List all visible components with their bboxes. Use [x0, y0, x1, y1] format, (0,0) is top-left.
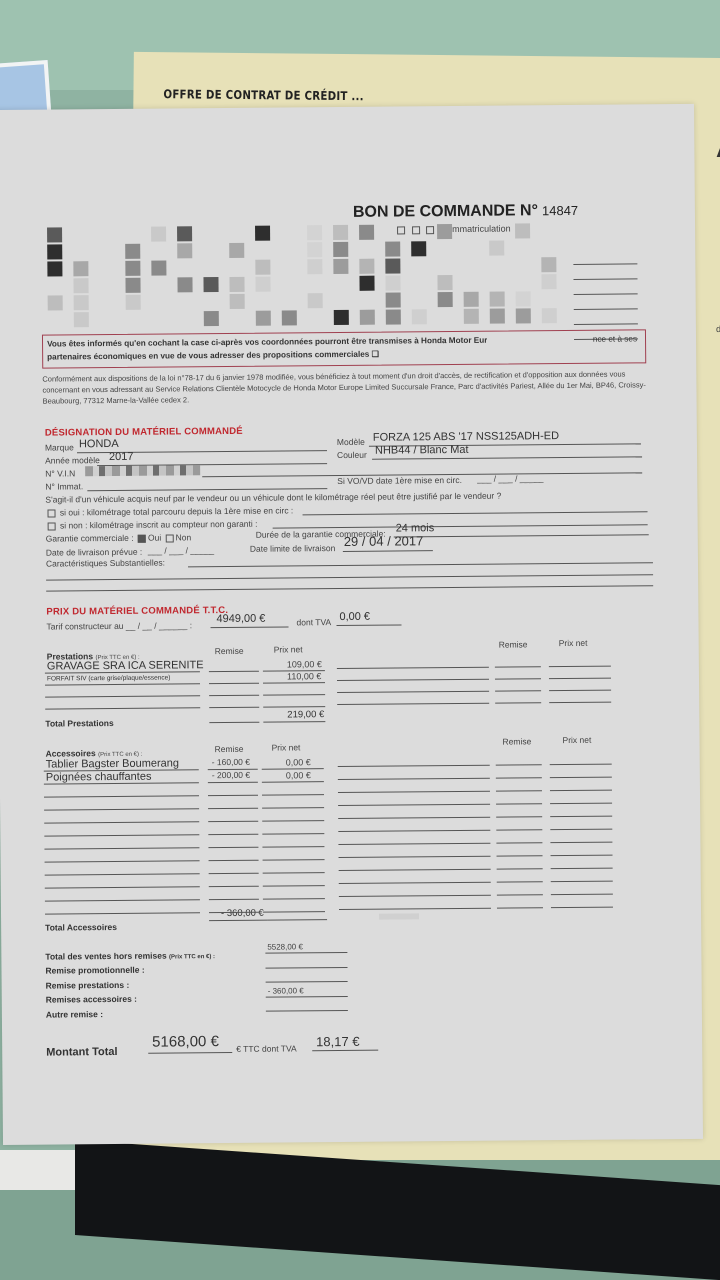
- prestations-right-name-line[interactable]: [337, 667, 489, 669]
- accessoires-right-remise-line[interactable]: [497, 881, 543, 882]
- total-prest-remise-line: [209, 722, 259, 723]
- total-prest-line: [263, 721, 325, 723]
- col-remise: Remise: [215, 646, 244, 656]
- accessoires-remise-line[interactable]: [209, 899, 259, 900]
- accessoires-right-prixnet-line[interactable]: [550, 777, 612, 779]
- accessoires-right-prixnet-line[interactable]: [550, 790, 612, 792]
- ttc-label: € TTC dont TVA: [236, 1043, 297, 1054]
- vo-date[interactable]: ___ / ___ / _____: [477, 473, 543, 484]
- col-remise-acc-right: Remise: [502, 736, 531, 746]
- accessoires-right-prixnet-line[interactable]: [550, 803, 612, 805]
- si-non[interactable]: si non : kilométrage inscrit au compteur…: [46, 519, 258, 531]
- accessoires-right-remise-line[interactable]: [496, 829, 542, 830]
- total-prestations-value[interactable]: 219,00 €: [287, 709, 324, 720]
- accessoires-right-remise-line[interactable]: [496, 764, 542, 765]
- item-prix-net[interactable]: 109,00 €: [287, 659, 322, 669]
- livraison-prevue-label: Date de livraison prévue :: [46, 547, 142, 558]
- order-number: 14847: [542, 203, 578, 218]
- annee-label: Année modèle: [45, 455, 100, 465]
- prestations-right-remise-line[interactable]: [495, 666, 541, 667]
- side-fragment: deur s: [716, 323, 720, 336]
- accessoires-right-name-line[interactable]: [338, 791, 490, 793]
- item-prix-net[interactable]: 110,00 €: [287, 671, 321, 681]
- checkbox-icon[interactable]: [47, 509, 55, 517]
- paper-corner: [0, 1150, 75, 1190]
- accessoires-right-name-line[interactable]: [339, 869, 491, 871]
- tarif-line: [211, 626, 289, 628]
- accessoires-prixnet-line[interactable]: [263, 859, 325, 861]
- tva-total-value[interactable]: 18,17 €: [316, 1034, 360, 1049]
- vo-label: Si VO/VD date 1ère mise en circ.: [337, 475, 462, 486]
- montant-total-label: Montant Total: [46, 1046, 117, 1059]
- accessoires-prixnet-line[interactable]: [263, 911, 325, 913]
- logo-letter: A: [716, 133, 720, 164]
- marque-label: Marque: [45, 442, 74, 452]
- total-prestations-label: Total Prestations: [45, 718, 113, 729]
- prestations-right-remise-line[interactable]: [495, 678, 541, 679]
- item-prix-net[interactable]: 0,00 €: [286, 770, 311, 780]
- accessoires-name-line[interactable]: [44, 795, 199, 797]
- accessoires-right-name-line[interactable]: [338, 817, 490, 819]
- col-prix-net: Prix net: [274, 644, 303, 654]
- consent-box: Vous êtes informés qu'en cochant la case…: [42, 329, 646, 368]
- order-title-label: BON DE COMMANDE N°: [353, 202, 538, 221]
- prestations-right-name-line[interactable]: [337, 679, 489, 681]
- caracteristiques-label: Caractéristiques Substantielles:: [46, 558, 165, 569]
- duree-line: [394, 534, 649, 537]
- accessoires-right-remise-line[interactable]: [497, 894, 543, 895]
- date-limite-label: Date limite de livraison: [250, 543, 336, 554]
- checkbox-icon[interactable]: [48, 522, 56, 530]
- accessoires-right-remise-line[interactable]: [496, 777, 542, 778]
- vehicle-question: S'agit-il d'un véhicule acquis neuf par …: [45, 491, 501, 505]
- accessoires-remise-line[interactable]: [208, 821, 258, 822]
- couleur-label: Couleur: [337, 450, 367, 460]
- total-hors-remises-line: [265, 952, 347, 954]
- prestations-right-prixnet-line[interactable]: [549, 678, 611, 680]
- accessoires-remise-line[interactable]: [208, 795, 258, 796]
- autre-remise-label: Autre remise :: [46, 1009, 103, 1019]
- designation-heading: DÉSIGNATION DU MATÉRIEL COMMANDÉ: [45, 426, 243, 439]
- accessoires-right-prixnet-line[interactable]: [550, 764, 612, 766]
- prestations-prixnet-line[interactable]: [263, 682, 325, 684]
- accessoires-right-remise-line[interactable]: [496, 816, 542, 817]
- remise-promo-label: Remise promotionnelle :: [45, 965, 144, 976]
- accessoires-right-name-line[interactable]: [338, 843, 490, 845]
- total-acc-line: [209, 920, 267, 922]
- prestations-name-line[interactable]: [45, 683, 200, 685]
- total-hors-remises-label: Total des ventes hors remises (Prix TTC …: [45, 950, 215, 961]
- livraison-prevue-value[interactable]: ___ / ___ / _____: [148, 545, 214, 556]
- accessoires-right-prixnet-line[interactable]: [551, 868, 613, 870]
- accessoires-remise-line[interactable]: [208, 834, 258, 835]
- prestations-prixnet-line[interactable]: [263, 706, 325, 708]
- accessoires-name-line[interactable]: [45, 873, 200, 875]
- date-limite-value[interactable]: 29 / 04 / 2017: [344, 533, 424, 549]
- accessoires-name-line[interactable]: [45, 899, 200, 901]
- prestations-remise-line[interactable]: [209, 671, 259, 672]
- prestations-right-remise-line[interactable]: [495, 690, 541, 691]
- accessoires-right-remise-line[interactable]: [496, 790, 542, 791]
- accessoires-prixnet-line[interactable]: [263, 898, 325, 900]
- caracteristiques-line-2[interactable]: [46, 574, 653, 580]
- tva-label: dont TVA: [296, 617, 331, 627]
- order-form-page: BON DE COMMANDE N°14847 … immatriculatio…: [0, 104, 703, 1145]
- col-remise-right: Remise: [499, 639, 528, 649]
- accessoires-right-prixnet-line[interactable]: [550, 842, 612, 844]
- marque-value[interactable]: HONDA: [79, 438, 119, 450]
- prestations-right-name-line[interactable]: [337, 691, 489, 693]
- prestations-remise-line[interactable]: [209, 695, 259, 696]
- tva-line: [337, 624, 402, 626]
- item-remise[interactable]: - 200,00 €: [212, 770, 250, 780]
- item-name[interactable]: FORFAIT SIV (carte grise/plaque/essence): [47, 674, 170, 682]
- accessoires-name-line[interactable]: [44, 808, 199, 810]
- remises-accessoires-line: [266, 996, 348, 998]
- accessoires-right-prixnet-line[interactable]: [551, 881, 613, 883]
- immat-label: N° Immat.: [45, 481, 83, 491]
- total-acc-line-2: [267, 919, 327, 921]
- accessoires-right-name-line[interactable]: [338, 804, 490, 806]
- accessoires-prixnet-line[interactable]: [262, 794, 324, 796]
- prestations-right-name-line[interactable]: [337, 703, 489, 705]
- legal-notice: Conformément aux dispositions de la loi …: [42, 368, 662, 406]
- order-title: BON DE COMMANDE N°14847: [353, 202, 578, 222]
- item-name[interactable]: Tablier Bagster Boumerang: [46, 757, 179, 770]
- accessoires-right-remise-line[interactable]: [497, 868, 543, 869]
- accessoires-right-prixnet-line[interactable]: [551, 894, 613, 896]
- prix-heading: PRIX DU MATÉRIEL COMMANDÉ T.T.C.: [46, 605, 228, 618]
- remises-accessoires-value[interactable]: - 360,00 €: [268, 986, 304, 995]
- accessoires-prixnet-line[interactable]: [262, 833, 324, 835]
- remise-prestations-line[interactable]: [266, 981, 348, 983]
- prestations-name-line[interactable]: [45, 695, 200, 697]
- accessoires-right-remise-line[interactable]: [496, 842, 542, 843]
- montant-total-value[interactable]: 5168,00 €: [152, 1033, 219, 1051]
- accessoires-remise-line[interactable]: [208, 808, 258, 809]
- item-name[interactable]: GRAVAGE SRA ICA SERENITE: [47, 659, 204, 672]
- accessoires-remise-line[interactable]: [209, 860, 259, 861]
- accessoires-prixnet-line[interactable]: [262, 846, 324, 848]
- accessoires-right-prixnet-line[interactable]: [550, 816, 612, 818]
- modele-value[interactable]: FORZA 125 ABS '17 NSS125ADH-ED: [373, 430, 559, 444]
- col-remise-acc: Remise: [215, 744, 244, 754]
- item-name[interactable]: Poignées chauffantes: [46, 771, 152, 784]
- tva-total-line: [312, 1050, 378, 1052]
- prestations-right-prixnet-line[interactable]: [549, 666, 611, 668]
- item-remise[interactable]: - 160,00 €: [212, 757, 250, 767]
- checkbox-icon[interactable]: [166, 534, 174, 542]
- accessoires-name-line[interactable]: [45, 912, 200, 914]
- total-accessoires-label: Total Accessoires: [45, 922, 117, 933]
- accessoires-prixnet-line[interactable]: [262, 820, 324, 822]
- consent-line-1-right: nce et à ses: [593, 332, 637, 345]
- item-prix-net[interactable]: 0,00 €: [286, 757, 311, 767]
- accessoires-remise-line[interactable]: [209, 886, 259, 887]
- accessoires-right-prixnet-line[interactable]: [550, 829, 612, 831]
- prestations-right-prixnet-line[interactable]: [549, 702, 611, 704]
- couleur-line: [372, 456, 642, 459]
- accessoires-prixnet-line[interactable]: [262, 781, 324, 783]
- prestations-right-remise-line[interactable]: [495, 702, 541, 703]
- annee-value[interactable]: 2017: [109, 451, 134, 463]
- prestations-remise-line[interactable]: [209, 707, 259, 708]
- total-hors-remises-value[interactable]: 5528,00 €: [267, 942, 303, 951]
- si-oui-line: [303, 511, 648, 515]
- accessoires-right-prixnet-line[interactable]: [551, 907, 613, 909]
- prestations-remise-line[interactable]: [209, 683, 259, 684]
- accessoires-prixnet-line[interactable]: [263, 885, 325, 887]
- date-limite-line: [343, 550, 433, 552]
- prestations-name-line[interactable]: [45, 707, 200, 709]
- tarif-label: Tarif constructeur au __ / __ / ______ :: [46, 620, 192, 631]
- accessoires-remise-line[interactable]: [209, 873, 259, 874]
- paper-mark: [379, 913, 419, 919]
- accessoires-right-name-line[interactable]: [338, 778, 490, 780]
- vin-label: N° V.I.N: [45, 468, 75, 478]
- accessoires-name-line[interactable]: [44, 834, 199, 836]
- accessoires-right-name-line[interactable]: [339, 895, 491, 897]
- remise-prestations-label: Remise prestations :: [46, 980, 130, 991]
- accessoires-right-name-line[interactable]: [338, 765, 490, 767]
- accessoires-right-name-line[interactable]: [339, 908, 491, 910]
- accessoires-prixnet-line[interactable]: [263, 872, 325, 874]
- caracteristiques-line-3[interactable]: [46, 585, 653, 591]
- credit-offer-title: OFFRE DE CONTRAT DE CRÉDIT ...: [163, 87, 364, 103]
- customer-field-lines: [573, 249, 638, 340]
- si-non-line: [273, 524, 648, 528]
- caracteristiques-line[interactable]: [188, 562, 653, 567]
- immat-line[interactable]: [87, 488, 327, 491]
- accessoires-right-name-line[interactable]: [339, 856, 491, 858]
- remises-accessoires-label: Remises accessoires :: [46, 994, 137, 1005]
- accessoires-right-remise-line[interactable]: [497, 907, 543, 908]
- vin-redacted: [85, 465, 200, 476]
- si-oui[interactable]: si oui : kilométrage total parcouru depu…: [45, 505, 293, 517]
- accessoires-remise-line[interactable]: [208, 847, 258, 848]
- accessoires-right-remise-line[interactable]: [497, 855, 543, 856]
- accessoires-prixnet-line[interactable]: [262, 807, 324, 809]
- accessoires-name-line[interactable]: [45, 886, 200, 888]
- col-prix-net-acc-right: Prix net: [562, 735, 591, 745]
- accessoires-name-line[interactable]: [44, 821, 199, 823]
- accessoires-right-prixnet-line[interactable]: [551, 855, 613, 857]
- garantie: Garantie commerciale : Oui Non: [46, 532, 192, 543]
- prestations-prixnet-line[interactable]: [263, 694, 325, 696]
- remise-promo-line[interactable]: [265, 967, 347, 969]
- col-prix-net-acc: Prix net: [272, 742, 301, 752]
- redacted-customer-block: [47, 223, 573, 338]
- total-accessoires-value[interactable]: - 360,00 €: [221, 908, 264, 919]
- tarif-value[interactable]: 4949,00 €: [216, 613, 265, 625]
- modele-label: Modèle: [337, 437, 365, 447]
- accessoires-right-remise-line[interactable]: [496, 803, 542, 804]
- accessoires-name-line[interactable]: [44, 847, 199, 849]
- couleur-value[interactable]: NHB44 / Blanc Mat: [375, 444, 469, 457]
- accessoires-remise-line[interactable]: [208, 782, 258, 783]
- prestations-right-prixnet-line[interactable]: [549, 690, 611, 692]
- checkbox-checked-icon[interactable]: [138, 534, 146, 542]
- accessoires-right-name-line[interactable]: [338, 830, 490, 832]
- col-prix-net-right: Prix net: [559, 638, 588, 648]
- accessoires-name-line[interactable]: [45, 860, 200, 862]
- autre-remise-line[interactable]: [266, 1010, 348, 1012]
- tva-value[interactable]: 0,00 €: [339, 611, 370, 623]
- montant-total-line: [148, 1052, 232, 1054]
- accessoires-right-name-line[interactable]: [339, 882, 491, 884]
